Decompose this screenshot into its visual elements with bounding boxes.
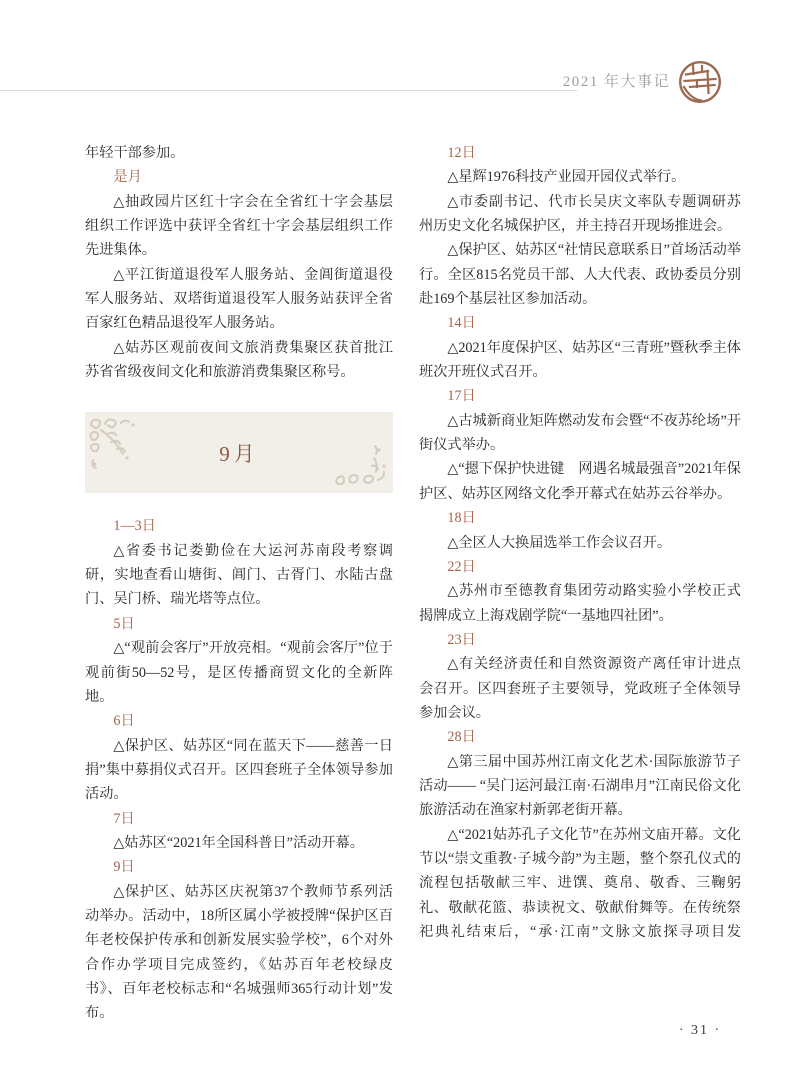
left-column: 年轻干部参加。 是月 △抽政园片区红十字会在全省红十字会基层组织工作评选中获评全… <box>85 141 393 1026</box>
right-column: 12日 △星辉1976科技产业园开园仪式举行。 △市委副书记、代市长吴庆文率队专… <box>419 141 741 1026</box>
event-entry: △星辉1976科技产业园开园仪式举行。 <box>419 165 741 189</box>
month-banner: 9月 <box>85 412 393 493</box>
date-heading: 1—3日 <box>85 514 393 538</box>
event-entry: △抽政园片区红十字会在全省红十字会基层组织工作评选中获评全省红十字会基层组织工作… <box>85 190 393 263</box>
event-entry: △苏州市至德教育集团劳动路实验小学校正式揭牌成立上海戏剧学院“一基地四社团”。 <box>419 579 741 628</box>
event-entry: △姑苏区观前夜间文旅消费集聚区获首批江苏省省级夜间文化和旅游消费集聚区称号。 <box>85 336 393 385</box>
date-heading: 12日 <box>419 141 741 165</box>
date-heading: 28日 <box>419 725 741 749</box>
date-heading: 是月 <box>85 165 393 189</box>
event-entry: △2021年度保护区、姑苏区“三青班”暨秋季主体班次开班仪式召开。 <box>419 336 741 385</box>
date-heading: 22日 <box>419 555 741 579</box>
date-heading: 5日 <box>85 612 393 636</box>
event-entry: △保护区、姑苏区庆祝第37个教师节系列活动举办。活动中，18所区属小学被授牌“保… <box>85 880 393 1026</box>
date-heading: 9日 <box>85 855 393 879</box>
lattice-year-seal-icon <box>678 59 722 105</box>
month-label: 9月 <box>219 438 259 468</box>
event-entry: △“摁下保护快进键 网遇名城最强音”2021年保护区、姑苏区网络文化季开幕式在姑… <box>419 457 741 506</box>
event-entry: △保护区、姑苏区“社情民意联系日”首场活动举行。全区815名党员干部、人大代表、… <box>419 238 741 311</box>
date-heading: 23日 <box>419 628 741 652</box>
corner-flourish-icon <box>87 416 149 474</box>
event-entry: △平江街道退役军人服务站、金阊街道退役军人服务站、双塔街道退役军人服务站获评全省… <box>85 263 393 336</box>
paragraph-continuation: 年轻干部参加。 <box>85 141 393 165</box>
event-entry: △省委书记娄勤俭在大运河苏南段考察调研，实地查看山塘街、阊门、古胥门、水陆古盘门… <box>85 539 393 612</box>
date-heading: 7日 <box>85 807 393 831</box>
page-header-title: 2021 年大事记 <box>563 70 670 91</box>
event-entry: △“观前会客厅”开放亮相。“观前会客厅”位于观前街50—52号，是区传播商贸文化… <box>85 636 393 709</box>
date-heading: 14日 <box>419 311 741 335</box>
event-entry: △全区人大换届选举工作会议召开。 <box>419 531 741 555</box>
yearbook-page: 2021 年大事记 年轻干部参加。 是月 △抽政园片区红十字会在全省红十字会基层… <box>0 0 793 1077</box>
event-entry-truncated: △“2021姑苏孔子文化节”在苏州文庙开幕。文化节以“崇文重教·子城今韵”为主题… <box>419 823 741 945</box>
event-entry: △市委副书记、代市长吴庆文率队专题调研苏州历史文化名城保护区，并主持召开现场推进… <box>419 190 741 239</box>
date-heading: 17日 <box>419 384 741 408</box>
event-entry: △古城新商业矩阵燃动发布会暨“不夜苏纶场”开街仪式举办。 <box>419 409 741 458</box>
header-rule <box>0 90 577 91</box>
content-columns: 年轻干部参加。 是月 △抽政园片区红十字会在全省红十字会基层组织工作评选中获评全… <box>85 141 741 1026</box>
date-heading: 18日 <box>419 506 741 530</box>
event-entry: △有关经济责任和自然资源资产离任审计进点会召开。区四套班子主要领导，党政班子全体… <box>419 652 741 725</box>
event-entry: △第三届中国苏州江南文化艺术·国际旅游节子活动—— “吴门运河最江南·石湖串月”… <box>419 750 741 823</box>
corner-flourish-icon <box>332 444 390 490</box>
event-entry: △姑苏区“2021年全国科普日”活动开幕。 <box>85 831 393 855</box>
page-number: · 31 · <box>640 1023 760 1039</box>
event-entry: △保护区、姑苏区“同在蓝天下——慈善一日捐”集中募捐仪式召开。区四套班子全体领导… <box>85 734 393 807</box>
date-heading: 6日 <box>85 709 393 733</box>
